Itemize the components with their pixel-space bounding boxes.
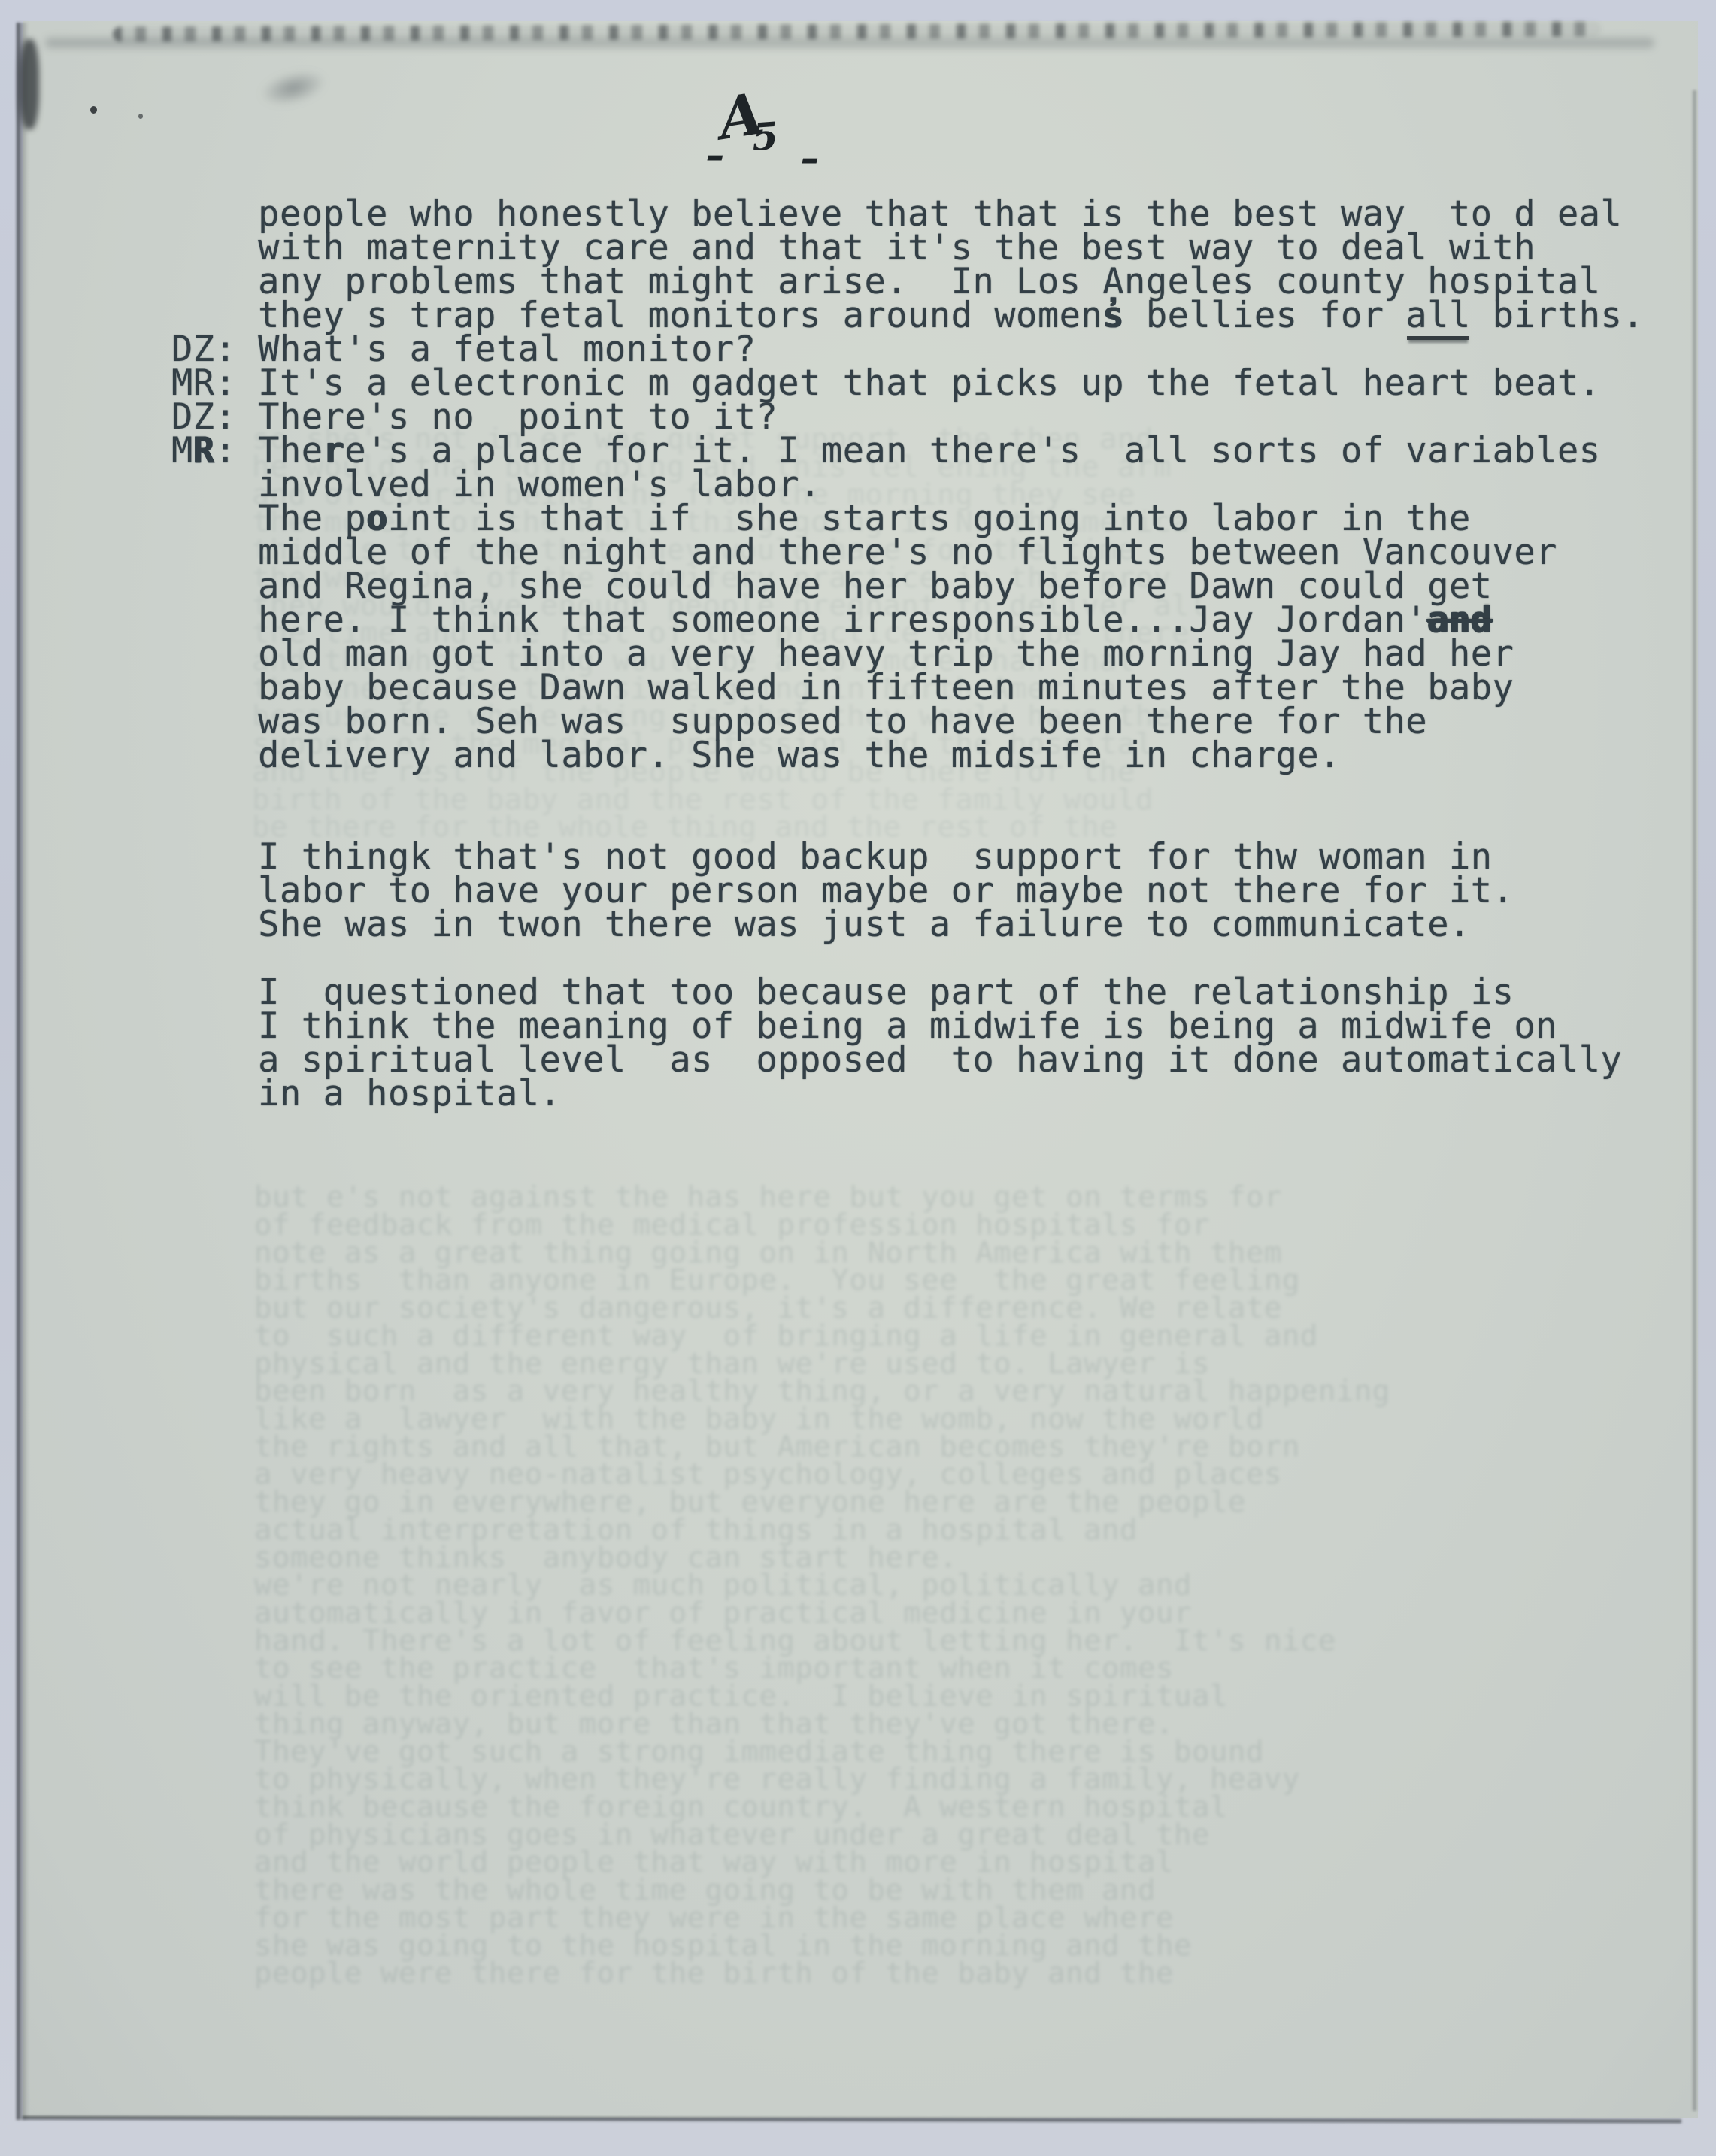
paper-speck xyxy=(138,114,143,119)
typed-line: MR: It's a electronic m gadget that pick… xyxy=(171,366,1644,400)
bleed-through-line: we're not nearly as much political, poli… xyxy=(254,1572,1390,1600)
marker-dash-right: - xyxy=(800,135,820,181)
bleed-through-line: note as a great thing going on in North … xyxy=(254,1239,1390,1267)
bleed-through-line: like a lawyer with the baby in the womb,… xyxy=(254,1405,1390,1433)
typed-line xyxy=(171,942,1644,975)
bleed-through-line: they go in everywhere, but everyone here… xyxy=(254,1489,1390,1517)
typed-line: in a hospital. xyxy=(171,1077,1644,1111)
typed-line: here. I think that someone irresponsible… xyxy=(171,603,1644,637)
bleed-through-line: a very heavy neo-natalist psychology, co… xyxy=(254,1461,1390,1489)
typed-line: middle of the night and there's no fligh… xyxy=(171,535,1644,569)
typed-line: She was in twon there was just a failure… xyxy=(171,908,1644,942)
bleed-through-text-lower: but e's not against the has here but you… xyxy=(254,1184,1390,1988)
paper-left-edge-shadow xyxy=(17,23,29,2120)
typed-line: DZ: What's a fetal monitor? xyxy=(171,332,1644,366)
bleed-through-line: for the most part they were in the same … xyxy=(254,1905,1390,1933)
typed-line: DZ: There's no point to it? xyxy=(171,400,1644,434)
bleed-through-line: physical and the energy than we're used … xyxy=(254,1351,1390,1378)
scanned-document-photo: { "marker": { "dash_left": "-", "letter"… xyxy=(0,0,1716,2156)
typed-line: delivery and labor. She was the midsife … xyxy=(171,738,1644,772)
typed-line: a spiritual level as opposed to having i… xyxy=(171,1043,1644,1077)
bleed-through-line: automatically in favor of practical medi… xyxy=(254,1600,1390,1627)
bleed-through-line: people were there for the birth of the b… xyxy=(254,1960,1390,1988)
paper-top-edge-shadow xyxy=(45,38,1654,48)
paper-left-corner-shadow xyxy=(20,39,39,129)
typed-line: baby because Dawn walked in fifteen minu… xyxy=(171,671,1644,705)
typed-line: labor to have your person maybe or maybe… xyxy=(171,874,1644,908)
bleed-through-line: there was the whole time going to be wit… xyxy=(254,1877,1390,1905)
typed-line: I questioned that too because part of th… xyxy=(171,975,1644,1009)
bleed-through-line: thing anyway, but more than that they've… xyxy=(254,1711,1390,1739)
marker-subscript: 5 xyxy=(750,114,780,159)
bleed-through-line: someone thinks anybody can start here. xyxy=(254,1545,1390,1572)
typed-line: they s trap fetal monitors around womens… xyxy=(171,299,1644,332)
typed-line xyxy=(171,806,1644,840)
bleed-through-line: to such a different way of bringing a li… xyxy=(254,1323,1390,1351)
bleed-through-line: she was going to the hospital in the mor… xyxy=(254,1933,1390,1960)
bleed-through-line: of physicians goes in whatever under a g… xyxy=(254,1821,1390,1849)
paper-speck xyxy=(90,106,97,114)
typed-line: involved in women's labor. xyxy=(171,468,1644,502)
bleed-through-line: of feedback from the medical profession … xyxy=(254,1211,1390,1239)
bleed-through-line: and the world people that way with more … xyxy=(254,1849,1390,1877)
typed-line: and Regina, she could have her baby befo… xyxy=(171,569,1644,603)
typed-line: any problems that might arise. In Los An… xyxy=(171,265,1644,299)
typed-line: people who honestly believe that that is… xyxy=(171,197,1644,231)
bleed-through-line: to see the practice that's important whe… xyxy=(254,1655,1390,1683)
typed-line: old man got into a very heavy trip the m… xyxy=(171,637,1644,671)
typed-line xyxy=(171,772,1644,806)
typed-line: MR: There's a place for it. I mean there… xyxy=(171,434,1644,468)
typed-text: people who honestly believe that that is… xyxy=(171,197,1644,1111)
typed-line: The point is that if she starts going in… xyxy=(171,502,1644,535)
bleed-through-line: think because the foreign country. A wes… xyxy=(254,1794,1390,1821)
bleed-through-line: actual interpretation of things in a hos… xyxy=(254,1517,1390,1545)
bleed-through-line: They've got such a strong immediate thin… xyxy=(254,1739,1390,1766)
bleed-through-line: but our society's dangerous, it's a diff… xyxy=(254,1295,1390,1323)
typed-line: I thingk that's not good backup support … xyxy=(171,840,1644,874)
bleed-through-line: hand. There's a lot of feeling about let… xyxy=(254,1627,1390,1655)
bleed-through-line: will be the oriented practice. I believe… xyxy=(254,1683,1390,1711)
bleed-through-line: been born as a very healthy thing, or a … xyxy=(254,1378,1390,1406)
bleed-through-line: to physically, when they're really findi… xyxy=(254,1766,1390,1794)
typed-line: I think the meaning of being a midwife i… xyxy=(171,1009,1644,1043)
typed-line: with maternity care and that it's the be… xyxy=(171,231,1644,265)
typed-line: was born. Seh was supposed to have been … xyxy=(171,705,1644,738)
bleed-through-line: the rights and all that, but American be… xyxy=(254,1433,1390,1461)
paper-right-edge-shadow xyxy=(1693,90,1696,2111)
bleed-through-line: births than anyone in Europe. You see th… xyxy=(254,1267,1390,1295)
bleed-through-line: but e's not against the has here but you… xyxy=(254,1184,1390,1212)
